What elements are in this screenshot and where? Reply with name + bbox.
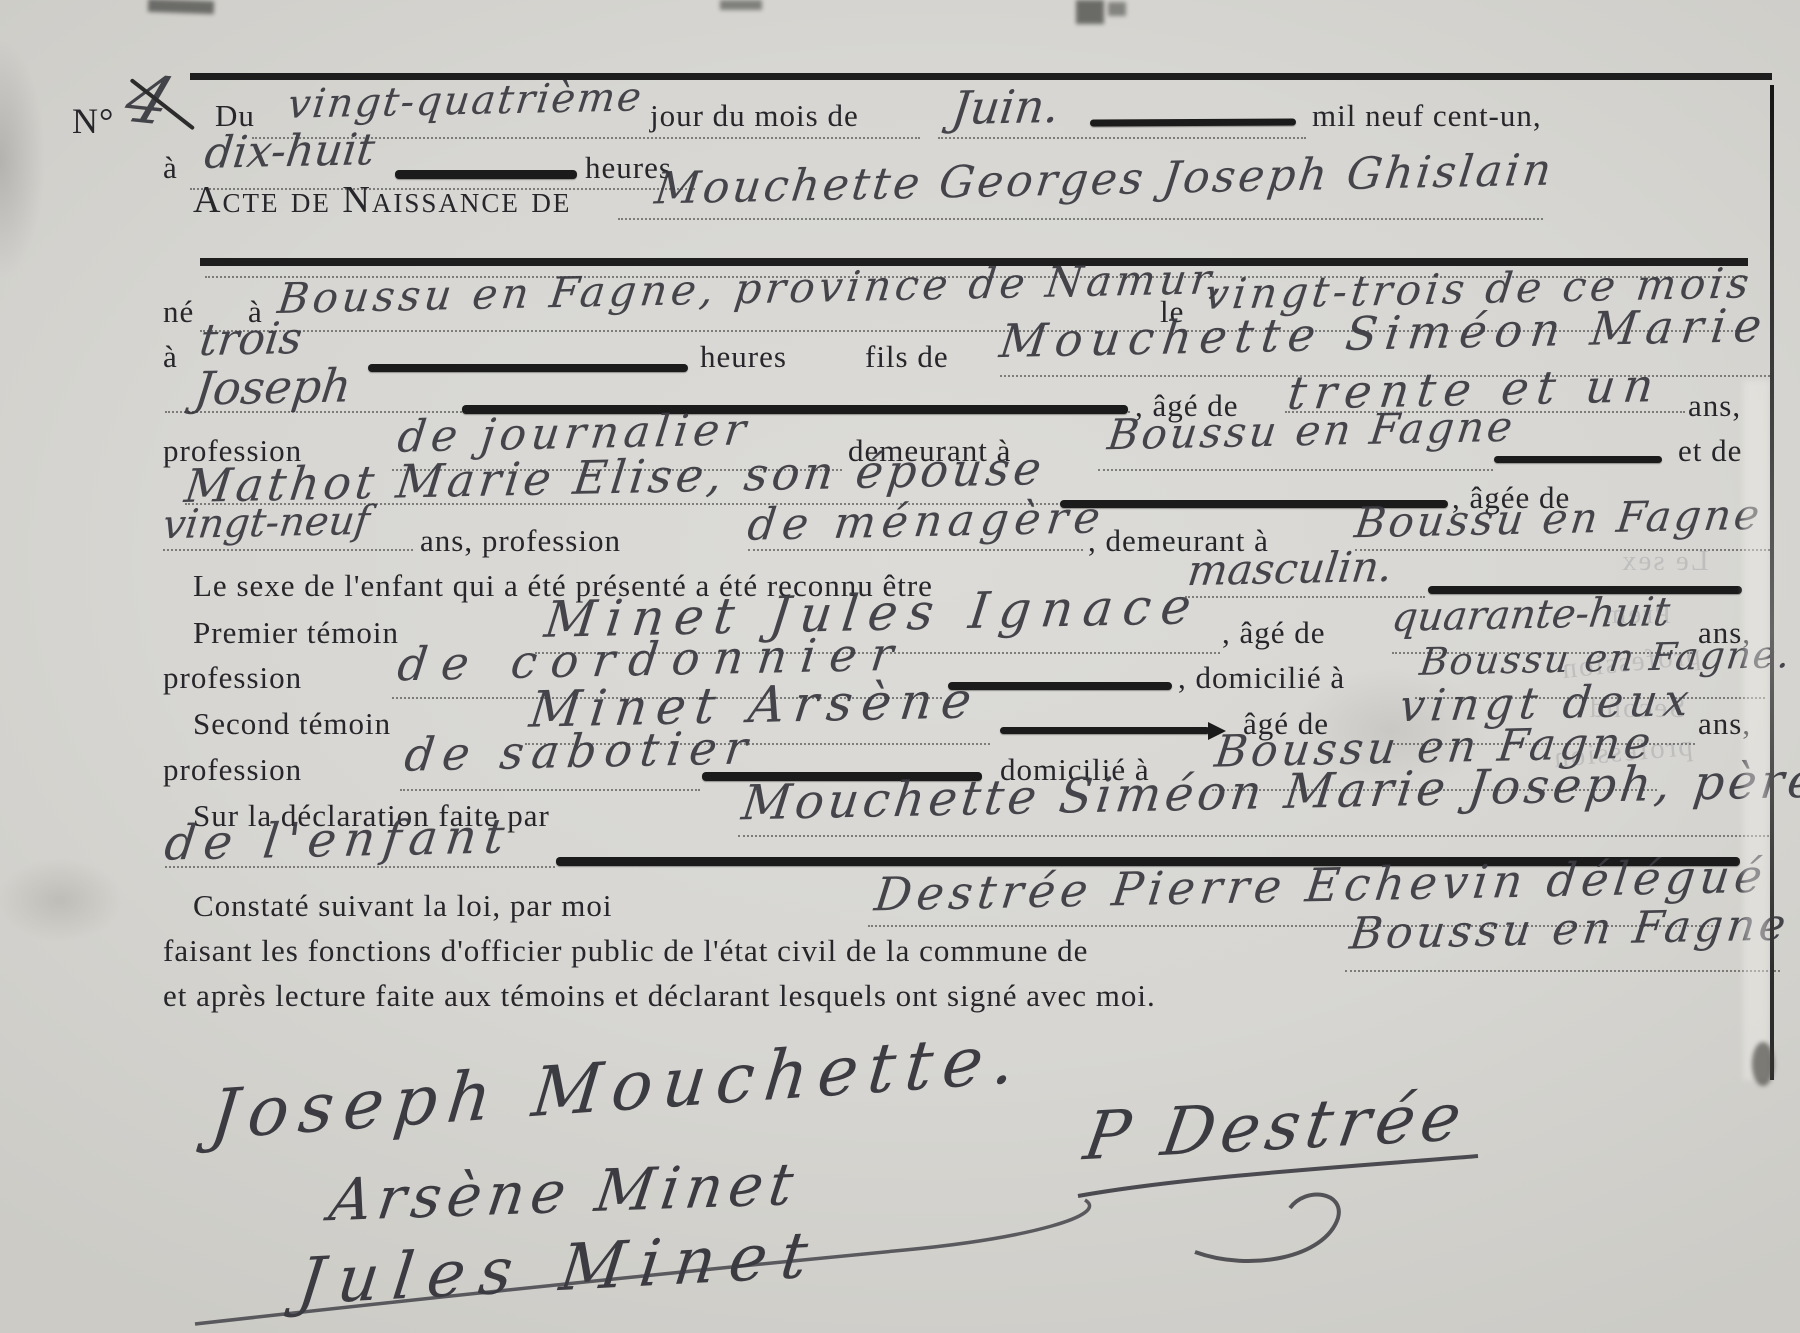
dotted-leader	[400, 789, 700, 791]
handwritten-declarant-suite: de l'enfant	[162, 808, 515, 871]
printed-ans-profession: ans, profession	[420, 523, 621, 559]
ink-stroke	[1494, 456, 1662, 463]
handwritten-sexe-value: masculin.	[1185, 542, 1395, 595]
printed-profession-2: profession	[163, 660, 302, 696]
signature-p-destree: P Destrée	[1079, 1078, 1472, 1176]
printed-lecture-line: et après lecture faite aux témoins et dé…	[163, 978, 1156, 1014]
handwritten-child-name: Mouchette Georges Joseph Ghislain	[652, 145, 1557, 215]
printed-a-birthhour: à	[163, 339, 178, 375]
printed-profession-3: profession	[163, 752, 302, 788]
scan-artifact	[1076, 0, 1104, 24]
dotted-leader	[1345, 970, 1780, 972]
handwritten-father-name-2: Joseph	[192, 358, 354, 415]
handwritten-birth-hour: trois	[197, 313, 305, 366]
handwritten-month: Juin.	[949, 79, 1062, 135]
act-number-label: N°	[72, 100, 114, 142]
dotted-leader	[618, 218, 1543, 220]
ink-stroke	[1000, 727, 1210, 734]
printed-domicilie-1: , domicilié à	[1178, 660, 1345, 696]
scan-artifact	[148, 0, 214, 14]
handwritten-mother-profession: de ménagère	[745, 492, 1109, 551]
binding-blob	[1752, 1042, 1774, 1086]
printed-fonctions-line: faisant les fonctions d'officier public …	[163, 933, 1088, 969]
signature-jules-minet: Jules Minet	[294, 1218, 826, 1320]
printed-premier-temoin: Premier témoin	[193, 615, 399, 651]
dotted-leader	[938, 137, 1306, 139]
printed-year: mil neuf cent-un,	[1312, 98, 1542, 134]
act-number-value: 4	[115, 61, 184, 140]
dotted-leader	[1185, 596, 1425, 598]
ink-stroke	[1090, 118, 1296, 126]
printed-ans-1: ans,	[1688, 388, 1741, 424]
handwritten-hour: dix-huit	[202, 124, 378, 179]
handwritten-commune: Boussu en Fagne	[1347, 899, 1792, 959]
signature-arsene-minet: Arsène Minet	[325, 1150, 803, 1235]
printed-fils-de: fils de	[865, 339, 949, 375]
dotted-leader	[163, 549, 413, 551]
printed-age-label-temoin1: , âgé de	[1222, 615, 1326, 651]
scanned-birth-certificate: N° 4 Du vingt-quatrième jour du mois de …	[0, 0, 1800, 1333]
printed-et-de: et de	[1678, 433, 1742, 469]
printed-a-hour: à	[163, 150, 178, 186]
printed-second-temoin: Second témoin	[193, 706, 391, 742]
dotted-leader	[738, 835, 1773, 837]
printed-constate-label: Constaté suivant la loi, par moi	[193, 888, 612, 924]
printed-ne: né	[163, 294, 194, 330]
handwritten-mother-residence: Boussu en Fagne	[1352, 490, 1765, 548]
printed-jour-du-mois: jour du mois de	[650, 98, 859, 134]
handwritten-day-ordinal: vingt-quatrième	[285, 74, 645, 128]
printed-acte-label: Acte de Naissance de	[193, 178, 571, 222]
bleedthrough-text: Second	[1588, 692, 1685, 725]
handwritten-mother-age: vingt-neuf	[160, 498, 372, 548]
printed-ans-3: ans,	[1698, 706, 1751, 742]
handwritten-father-residence: Boussu en Fagne	[1105, 402, 1518, 460]
bleedthrough-text: Le sex	[1620, 545, 1709, 578]
ink-stroke	[368, 364, 688, 372]
printed-heures-2: heures	[700, 339, 787, 375]
signature-joseph-mouchette: Joseph Mouchette.	[207, 1019, 1029, 1156]
scan-artifact	[1108, 2, 1126, 16]
dotted-leader	[1098, 469, 1493, 471]
bleedthrough-text: Prem	[1602, 598, 1671, 631]
scan-artifact	[720, 0, 762, 10]
